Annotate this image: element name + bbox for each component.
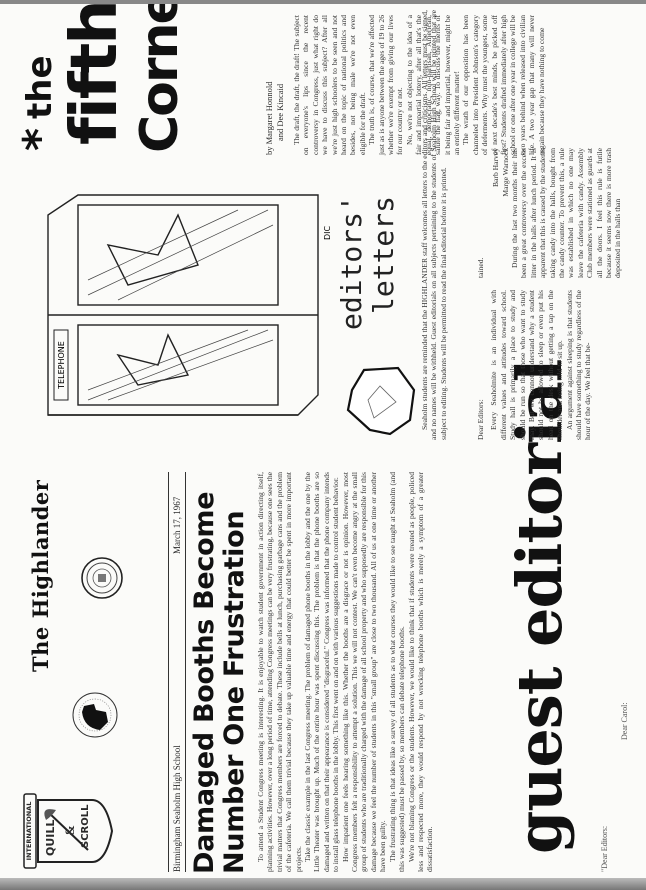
booth-label: TELEPHONE <box>57 341 66 390</box>
cartoon-signature: DIC <box>323 225 332 240</box>
issue-date: March 17, 1967 <box>172 497 182 554</box>
mailbag-drawing-icon <box>340 360 420 440</box>
quill-badge-line2: SCROLL <box>80 805 91 849</box>
scan-edge-top <box>0 0 646 4</box>
headline-line-1: Damaged Booths Become <box>190 434 220 874</box>
fifth-corner-title: * the fifth Corner <box>18 5 258 155</box>
school-seal-icon <box>80 556 124 600</box>
newspaper-page: INTERNATIONAL QUILL & SCROLL The Highlan… <box>0 0 646 890</box>
scanned-page-frame: INTERNATIONAL QUILL & SCROLL The Highlan… <box>0 0 646 890</box>
masthead-title: The Highlander <box>28 480 53 672</box>
signature-1: Barb Harvey <box>491 148 500 278</box>
quill-badge-line1: QUILL <box>44 820 57 856</box>
school-name: Birmingham Seaholm High School <box>172 745 182 872</box>
masthead-rule-top <box>168 472 169 872</box>
article-paragraph: We're not blaming Congress or the studen… <box>407 472 435 872</box>
guest-editorial-snippet-left: "Dear Editors: <box>600 826 609 872</box>
cartoon-phone-booth: TELEPHONE DIC <box>18 175 338 445</box>
letter-paragraph: Every Seaholmite is an individual with d… <box>489 290 564 440</box>
press-badge <box>70 690 120 740</box>
letters-title-line-1: editors' <box>336 195 368 330</box>
signature-2: Marge Warnock <box>501 148 510 278</box>
column-paragraph: The draft, the draft, the draft! The sub… <box>292 15 367 155</box>
article-paragraph: Take the classic example in the last Con… <box>303 472 341 872</box>
title-corner: Corner <box>130 0 190 153</box>
title-fifth: fifth <box>60 1 130 145</box>
fifth-corner-byline: by Margaret Honnold and Dee Kincaid <box>264 82 286 156</box>
letter-1-end: tained. <box>476 148 485 278</box>
letter-paragraph: An argument against sleeping is that stu… <box>565 290 593 440</box>
masthead-rule-bottom <box>185 472 186 872</box>
letters-mascot <box>340 360 420 440</box>
phone-booth-drawing-icon: TELEPHONE DIC <box>18 175 338 445</box>
school-seal <box>80 556 124 600</box>
letter-paragraph: During the last two months their has bee… <box>510 148 623 278</box>
guest-editorial-snippet-right: Dear Carol: <box>620 702 629 740</box>
article-paragraph: To attend a Student Congress meeting is … <box>256 472 303 872</box>
editors-letters-title: editors' letters <box>336 195 400 330</box>
headline-line-2: Number One Frustration <box>220 434 250 874</box>
byline-line-2: and Dee Kincaid <box>275 82 286 156</box>
article-paragraph: How impatient one feels hearing somethin… <box>341 472 388 872</box>
title-the: the <box>20 55 60 119</box>
scholastic-press-emblem-icon <box>70 690 120 740</box>
quill-badge-top: INTERNATIONAL <box>25 796 33 866</box>
fifth-corner-body: The draft, the draft, the draft! The sub… <box>292 15 546 155</box>
article-paragraph: The frustrating thing is that ideas like… <box>388 472 407 872</box>
letter-1-salutation: Dear Editors: <box>476 290 485 440</box>
main-article-body: To attend a Student Congress meeting is … <box>256 472 435 872</box>
column-paragraph: The wrath of our opposition has been cha… <box>461 15 546 155</box>
byline-line-1: by Margaret Honnold <box>264 82 275 156</box>
letter-2: During the last two months their has bee… <box>510 148 623 278</box>
scan-edge-bottom <box>0 878 646 890</box>
quill-scroll-badge: INTERNATIONAL QUILL & SCROLL <box>22 790 114 872</box>
letters-title-line-2: letters <box>368 195 400 330</box>
column-paragraph: The truth is, of course, that we're affe… <box>367 15 405 155</box>
column-paragraph: No, we're not objecting to the idea of a… <box>405 15 461 155</box>
main-headline: Damaged Booths Become Number One Frustra… <box>190 434 250 874</box>
letter-1: Dear Editors: Every Seaholmite is an ind… <box>476 290 593 440</box>
letter-1-continued: tained. Barb Harvey Marge Warnock <box>476 148 510 278</box>
quill-badge-amp: & <box>62 825 78 836</box>
